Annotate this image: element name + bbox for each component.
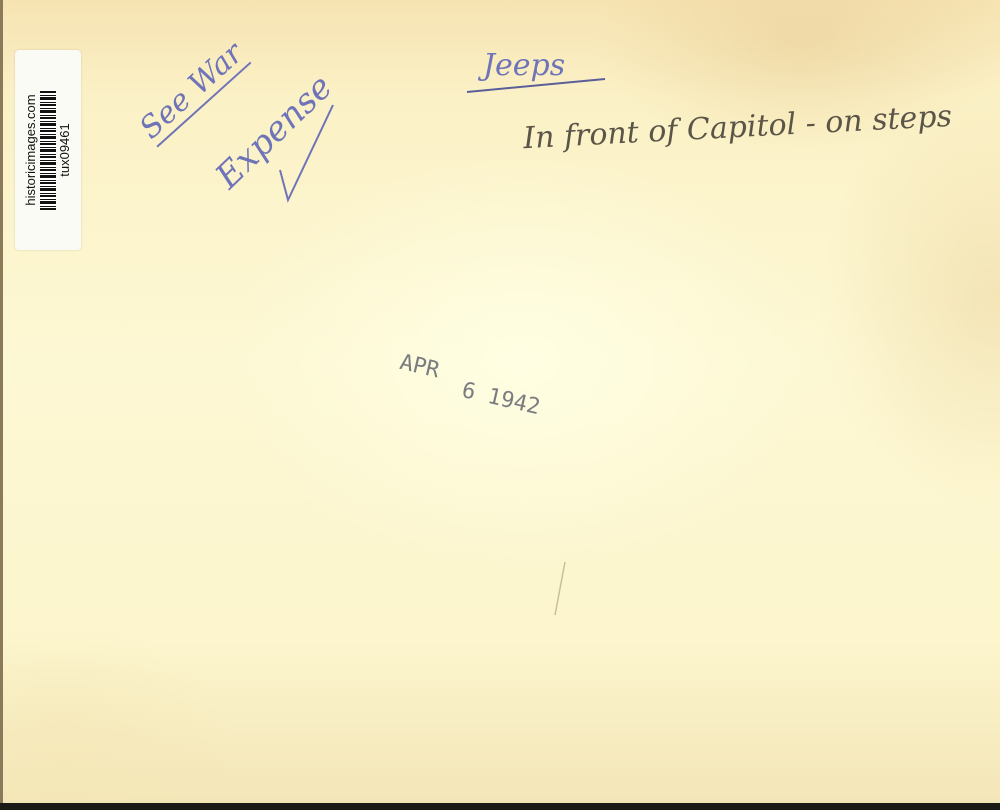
date-stamp-month: APR [397,350,441,383]
handwritten-caption: In front of Capitol - on steps [522,99,952,156]
pencil-mark [551,560,571,620]
scan-edge-strip [0,803,1000,810]
pencil-check-mark-icon [278,100,338,210]
jeeps-underline [465,76,610,96]
archive-code-text: tux09461 [58,123,72,177]
archive-label-content: historicimages.com tux09461 [15,50,81,250]
date-stamp-day-year: 6 1942 [459,378,542,420]
archive-site-text: historicimages.com [24,94,38,205]
photo-back-paper: historicimages.com tux09461 See War Expe… [0,0,1000,803]
handwritten-see-war: See War [133,36,251,148]
archive-label: historicimages.com tux09461 [15,50,81,250]
barcode-icon [40,90,56,210]
